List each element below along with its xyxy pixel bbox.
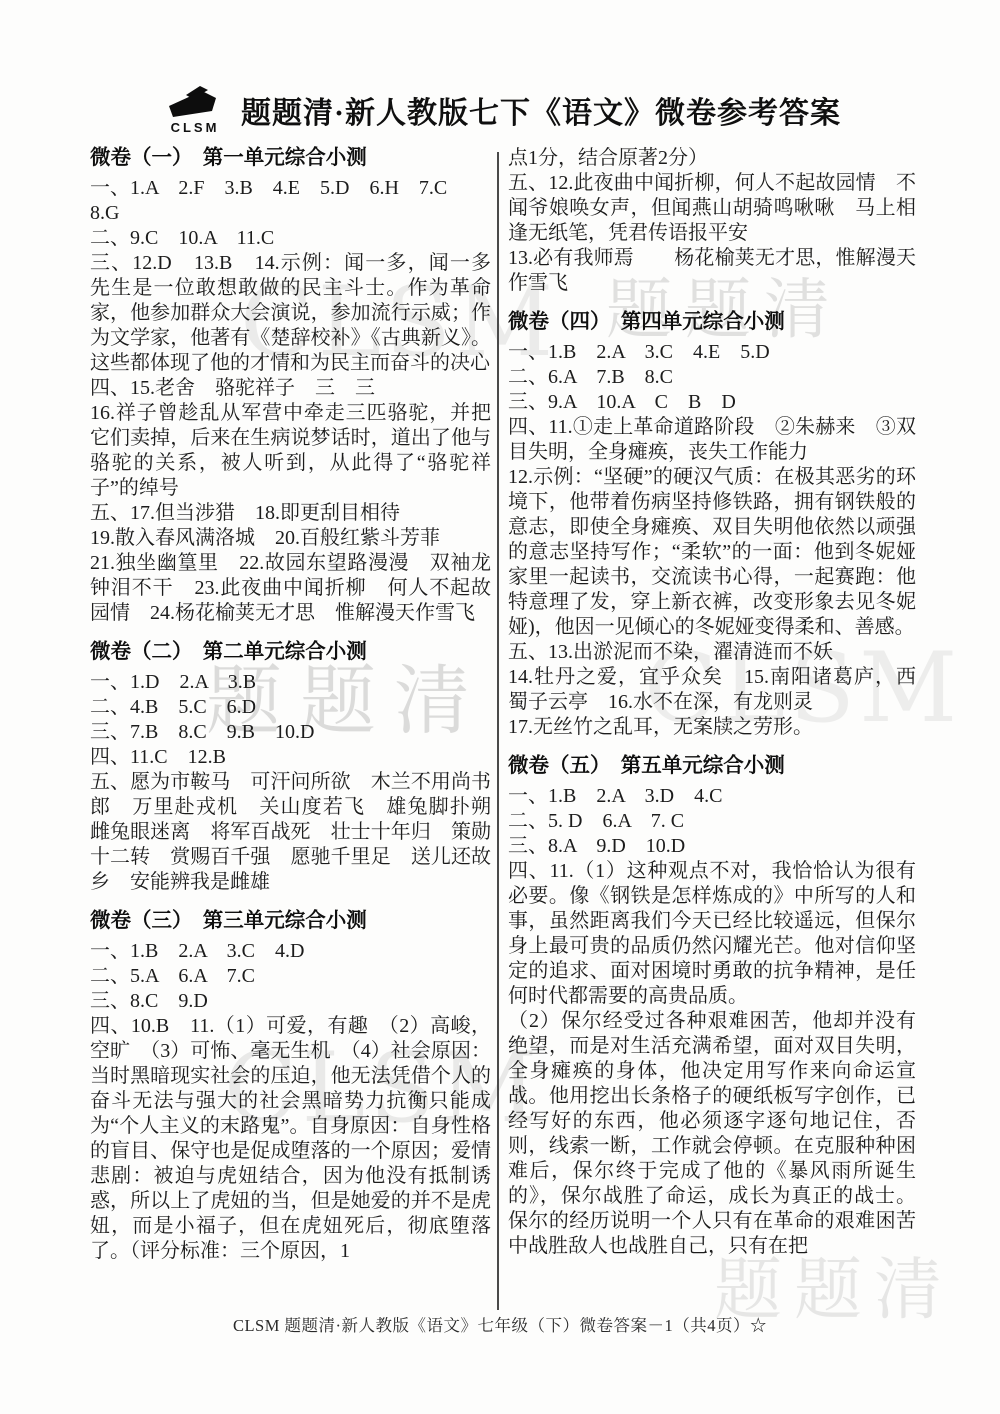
answer-paragraph: 三、7.B 8.C 9.B 10.D bbox=[90, 720, 491, 745]
answer-paragraph: （2）保尔经受过各种艰难困苦，他却并没有绝望，而是对生活充满希望，面对双目失明，… bbox=[508, 1009, 916, 1259]
answer-paragraph: 二、9.C 10.A 11.C bbox=[90, 226, 491, 251]
section-weijuan-1: 微卷（一） 第一单元综合小测 一、1.A 2.F 3.B 4.E 5.D 6.H… bbox=[90, 146, 491, 626]
answer-paragraph: 五、愿为市鞍马 可汗问所欲 木兰不用尚书郎 万里赴戎机 关山度若飞 雄兔脚扑朔 … bbox=[90, 770, 491, 895]
answer-paragraph: 四、11.（1）这种观点不对，我恰恰认为很有必要。像《钢铁是怎样炼成的》中所写的… bbox=[508, 859, 916, 1009]
answer-paragraph: 一、1.D 2.A 3.B bbox=[90, 670, 491, 695]
answer-paragraph: 19.散入春风满洛城 20.百般红紫斗芳菲 bbox=[90, 526, 491, 551]
section-weijuan-3: 微卷（三） 第三单元综合小测 一、1.B 2.A 3.C 4.D 二、5.A 6… bbox=[90, 909, 491, 1264]
answer-paragraph: 一、1.A 2.F 3.B 4.E 5.D 6.H 7.C bbox=[90, 176, 491, 201]
answer-paragraph: 21.独坐幽篁里 22.故园东望路漫漫 双袖龙钟泪不干 23.此夜曲中闻折柳 何… bbox=[90, 551, 491, 626]
answer-paragraph: 12.示例：“坚硬”的硬汉气质：在极其恶劣的环境下，他带着伤病坚持修铁路，拥有钢… bbox=[508, 465, 916, 640]
section-title: 微卷（三） 第三单元综合小测 bbox=[90, 909, 491, 934]
answer-sheet-page: 题题清 题题清 CLSM CLSM CLSM 题题清 CLSM 题题清·新人教版… bbox=[0, 0, 1000, 1414]
section-title: 微卷（四） 第四单元综合小测 bbox=[508, 310, 916, 335]
left-column: 微卷（一） 第一单元综合小测 一、1.A 2.F 3.B 4.E 5.D 6.H… bbox=[90, 146, 491, 1264]
section-title: 微卷（五） 第五单元综合小测 bbox=[508, 754, 916, 779]
answer-paragraph: 五、12.此夜曲中闻折柳，何人不起故园情 不闻爷娘唤女声，但闻燕山胡骑鸣啾啾 马… bbox=[508, 171, 916, 246]
answer-paragraph: 四、11.①走上革命道路阶段 ②朱赫来 ③双目失明，全身瘫痪，丧失工作能力 bbox=[508, 415, 916, 465]
answer-paragraph: 8.G bbox=[90, 201, 491, 226]
section-weijuan-4: 微卷（四） 第四单元综合小测 一、1.B 2.A 3.C 4.E 5.D 二、6… bbox=[508, 310, 916, 740]
answer-paragraph: 13.必有我师焉 杨花榆荚无才思，惟解漫天作雪飞 bbox=[508, 246, 916, 296]
answer-paragraph: 17.无丝竹之乱耳，无案牍之劳形。 bbox=[508, 715, 916, 740]
right-column: 点1分，结合原著2分） 五、12.此夜曲中闻折柳，何人不起故园情 不闻爷娘唤女声… bbox=[508, 146, 916, 1264]
answer-paragraph: 二、5.A 6.A 7.C bbox=[90, 964, 491, 989]
clsm-book-icon bbox=[164, 84, 226, 122]
page-title: 题题清·新人教版七下《语文》微卷参考答案 bbox=[241, 88, 841, 132]
answer-paragraph: 一、1.B 2.A 3.D 4.C bbox=[508, 784, 916, 809]
answer-paragraph: 三、12.D 13.B 14.示例：闻一多，闻一多先生是一位敢想敢做的民主斗士。… bbox=[90, 251, 491, 376]
answer-paragraph: 14.牡丹之爱，宜乎众矣 15.南阳诸葛庐，西蜀子云亭 16.水不在深，有龙则灵 bbox=[508, 665, 916, 715]
answer-paragraph: 16.祥子曾趁乱从军营中牵走三匹骆驼，并把它们卖掉，后来在生病说梦话时，道出了他… bbox=[90, 401, 491, 501]
clsm-logo: CLSM bbox=[159, 84, 231, 135]
answer-paragraph: 五、13.出淤泥而不染，濯清涟而不妖 bbox=[508, 640, 916, 665]
answer-paragraph: 二、4.B 5.C 6.D bbox=[90, 695, 491, 720]
footer-text: CLSM 题题清·新人教版《语文》七年级（下）微卷答案－1（共4页）☆ bbox=[233, 1316, 767, 1335]
answer-paragraph: 五、17.但当涉猎 18.即更刮目相待 bbox=[90, 501, 491, 526]
answer-paragraph: 三、8.C 9.D bbox=[90, 989, 491, 1014]
answer-paragraph: 四、11.C 12.B bbox=[90, 745, 491, 770]
answer-paragraph: 三、9.A 10.A C B D bbox=[508, 390, 916, 415]
section-weijuan-2: 微卷（二） 第二单元综合小测 一、1.D 2.A 3.B 二、4.B 5.C 6… bbox=[90, 640, 491, 895]
section-weijuan-5: 微卷（五） 第五单元综合小测 一、1.B 2.A 3.D 4.C 二、5. D … bbox=[508, 754, 916, 1259]
answer-columns: 微卷（一） 第一单元综合小测 一、1.A 2.F 3.B 4.E 5.D 6.H… bbox=[90, 146, 916, 1264]
answer-paragraph: 四、15.老舍 骆驼祥子 三 三 bbox=[90, 376, 491, 401]
section-weijuan-3-continued: 点1分，结合原著2分） 五、12.此夜曲中闻折柳，何人不起故园情 不闻爷娘唤女声… bbox=[508, 146, 916, 296]
section-title: 微卷（一） 第一单元综合小测 bbox=[90, 146, 491, 171]
answer-paragraph: 点1分，结合原著2分） bbox=[508, 146, 916, 171]
answer-paragraph: 四、10.B 11.（1）可爱，有趣 （2）高峻，空旷 （3）可怖、毫无生机 （… bbox=[90, 1014, 491, 1264]
clsm-logo-text: CLSM bbox=[171, 120, 220, 135]
answer-paragraph: 三、8.A 9.D 10.D bbox=[508, 834, 916, 859]
header: CLSM 题题清·新人教版七下《语文》微卷参考答案 bbox=[0, 84, 1000, 135]
answer-paragraph: 一、1.B 2.A 3.C 4.D bbox=[90, 939, 491, 964]
answer-paragraph: 二、6.A 7.B 8.C bbox=[508, 365, 916, 390]
answer-paragraph: 一、1.B 2.A 3.C 4.E 5.D bbox=[508, 340, 916, 365]
page-footer: CLSM 题题清·新人教版《语文》七年级（下）微卷答案－1（共4页）☆ bbox=[0, 1312, 1000, 1336]
answer-paragraph: 二、5. D 6.A 7. C bbox=[508, 809, 916, 834]
section-title: 微卷（二） 第二单元综合小测 bbox=[90, 640, 491, 665]
